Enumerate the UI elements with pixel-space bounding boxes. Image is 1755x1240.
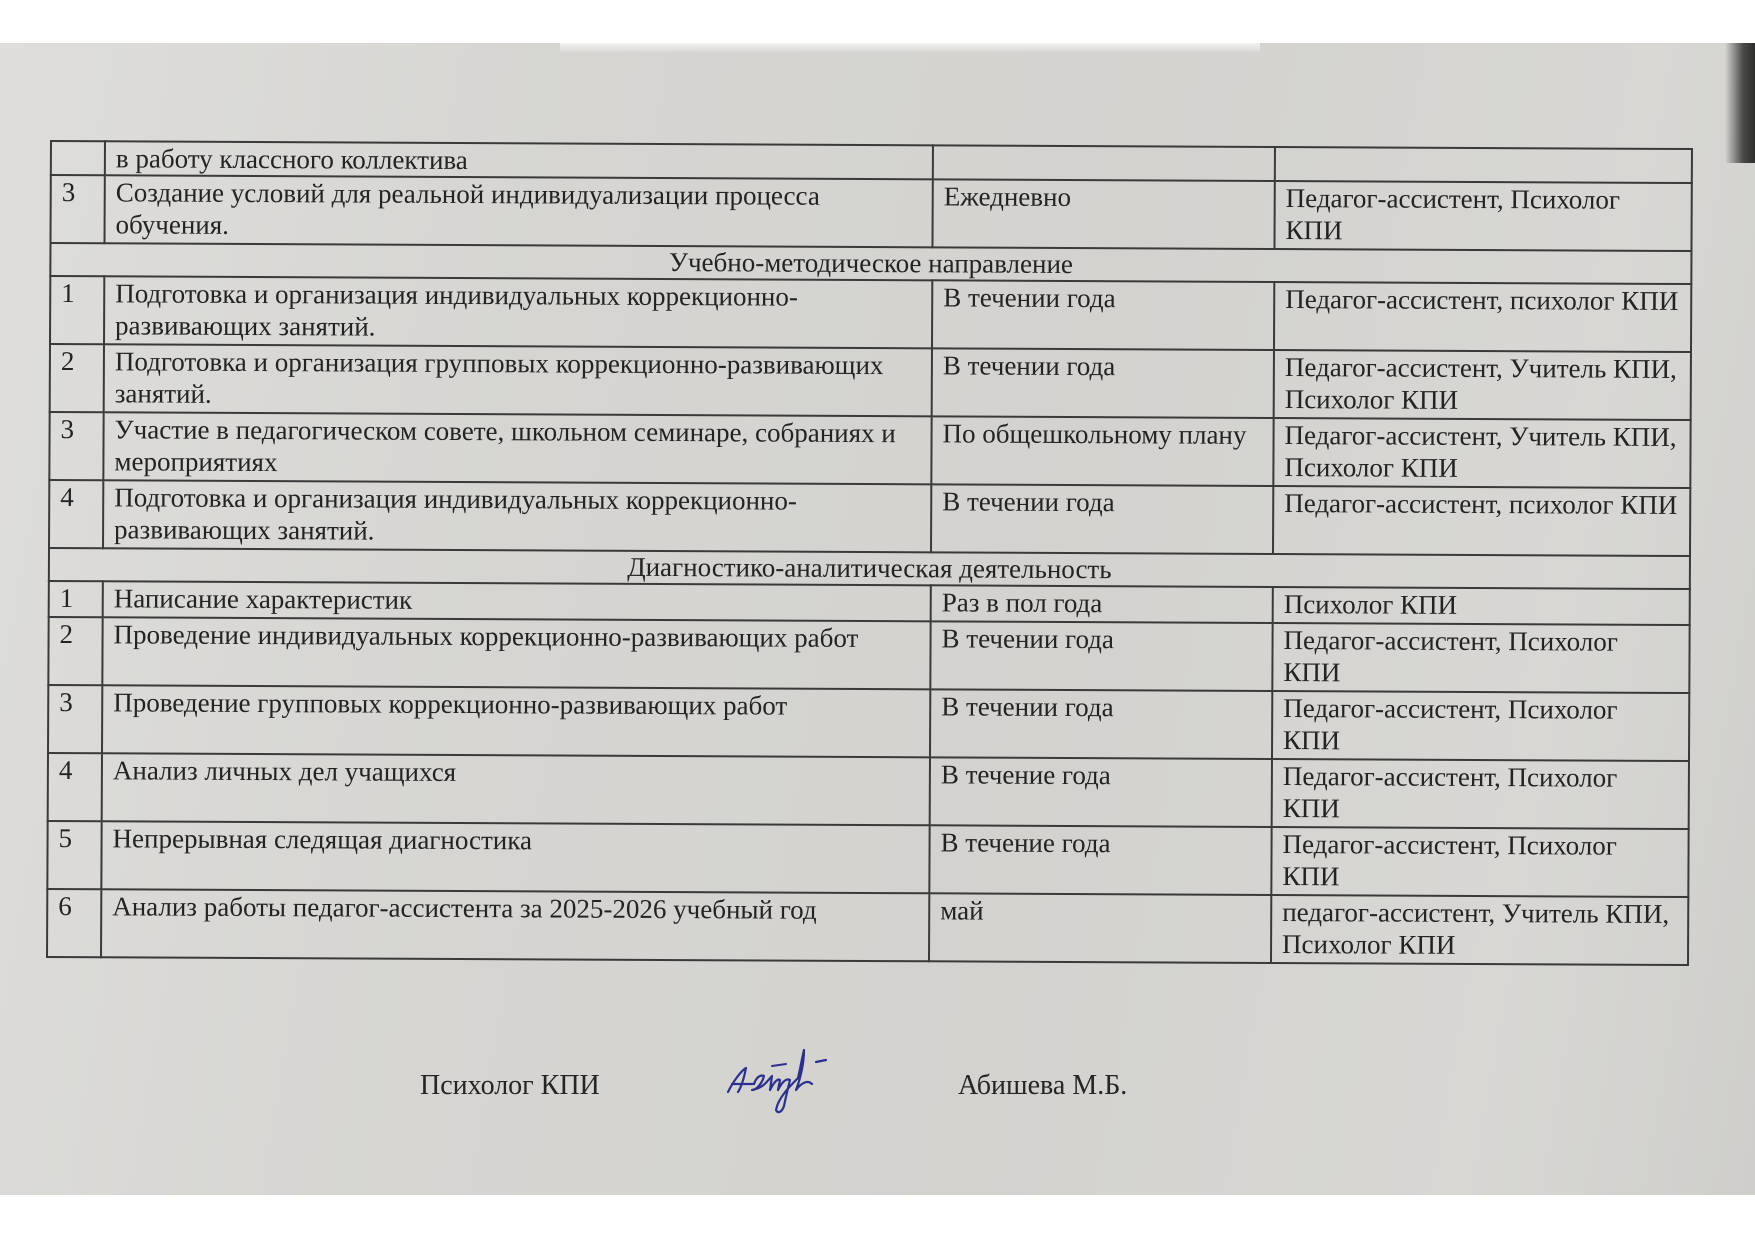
row-deadline: В течение года <box>930 757 1272 827</box>
paper-edge-shadow <box>1725 43 1755 163</box>
row-number: 3 <box>48 685 102 753</box>
row-task: в работу классного коллектива <box>105 141 933 179</box>
row-task: Анализ личных дел учащихся <box>102 753 930 825</box>
row-task: Создание условий для реальной индивидуал… <box>104 175 932 247</box>
row-number: 4 <box>49 480 103 548</box>
row-responsible: Педагог-ассистент, Психолог КПИ <box>1272 759 1689 829</box>
row-deadline: май <box>929 893 1271 963</box>
plan-table: в работу классного коллектива 3 Создание… <box>46 140 1693 966</box>
table-row: 3 Участие в педагогическом совете, школь… <box>49 412 1690 488</box>
table-row: 3 Создание условий для реальной индивиду… <box>50 175 1691 251</box>
row-task: Подготовка и организация индивидуальных … <box>104 276 932 348</box>
table-row: 5 Непрерывная следящая диагностика В теч… <box>47 821 1688 897</box>
table-row: 2 Подготовка и организация групповых кор… <box>50 344 1691 420</box>
row-number: 5 <box>47 821 101 889</box>
row-responsible: Психолог КПИ <box>1273 587 1690 625</box>
row-number: 2 <box>50 344 104 412</box>
row-number: 1 <box>50 276 104 344</box>
signature-block: Психолог КПИ Абишева М.Б. <box>0 1064 1755 1124</box>
row-number: 1 <box>49 581 103 617</box>
row-responsible: педагог-ассистент, Учитель КПИ, Психолог… <box>1271 895 1688 965</box>
row-task: Проведение индивидуальных коррекционно-р… <box>102 617 930 689</box>
row-responsible: Педагог-ассистент, Учитель КПИ, Психолог… <box>1274 350 1691 420</box>
row-responsible <box>1275 147 1692 183</box>
light-glare <box>560 43 1260 53</box>
row-number <box>51 141 105 175</box>
row-task: Анализ работы педагог-ассистента за 2025… <box>101 889 929 961</box>
handwritten-signature-icon <box>720 1040 860 1120</box>
signatory-name: Абишева М.Б. <box>958 1070 1127 1102</box>
row-deadline: В течении года <box>932 280 1274 350</box>
row-responsible: Педагог-ассистент, Психолог КПИ <box>1272 623 1689 693</box>
row-deadline: По общешкольному плану <box>931 416 1273 486</box>
row-deadline: В течении года <box>932 348 1274 418</box>
row-number: 2 <box>48 617 102 685</box>
table-row: 1 Подготовка и организация индивидуальны… <box>50 276 1691 352</box>
table-row: 6 Анализ работы педагог-ассистента за 20… <box>47 889 1688 965</box>
table-row: 3 Проведение групповых коррекционно-разв… <box>48 685 1689 761</box>
row-deadline: Ежедневно <box>932 179 1274 249</box>
row-number: 3 <box>49 412 103 480</box>
row-task: Проведение групповых коррекционно-развив… <box>102 685 930 757</box>
row-responsible: Педагог-ассистент, Психолог КПИ <box>1271 827 1688 897</box>
row-responsible: Педагог-ассистент, психолог КПИ <box>1273 486 1690 556</box>
row-task: Подготовка и организация групповых корре… <box>104 344 932 416</box>
signatory-role: Психолог КПИ <box>420 1070 600 1102</box>
row-task: Непрерывная следящая диагностика <box>101 821 929 893</box>
row-number: 6 <box>47 889 101 957</box>
row-task: Участие в педагогическом совете, школьно… <box>103 412 931 484</box>
row-deadline: В течении года <box>930 621 1272 691</box>
row-deadline: В течение года <box>929 825 1271 895</box>
row-task: Написание характеристик <box>103 581 931 621</box>
row-responsible: Педагог-ассистент, Учитель КПИ, Психолог… <box>1273 418 1690 488</box>
row-deadline: В течении года <box>931 484 1273 554</box>
row-number: 4 <box>48 753 102 821</box>
row-deadline: Раз в пол года <box>931 585 1273 623</box>
table-row: 2 Проведение индивидуальных коррекционно… <box>48 617 1689 693</box>
table-row: 4 Подготовка и организация индивидуальны… <box>49 480 1690 556</box>
row-deadline: В течении года <box>930 689 1272 759</box>
row-task: Подготовка и организация индивидуальных … <box>103 480 931 552</box>
row-responsible: Педагог-ассистент, Психолог КПИ <box>1274 181 1691 251</box>
row-responsible: Педагог-ассистент, Психолог КПИ <box>1272 691 1689 761</box>
row-deadline <box>933 145 1275 181</box>
row-responsible: Педагог-ассистент, психолог КПИ <box>1274 282 1691 352</box>
row-number: 3 <box>50 175 104 243</box>
table-row: 4 Анализ личных дел учащихся В течение г… <box>48 753 1689 829</box>
